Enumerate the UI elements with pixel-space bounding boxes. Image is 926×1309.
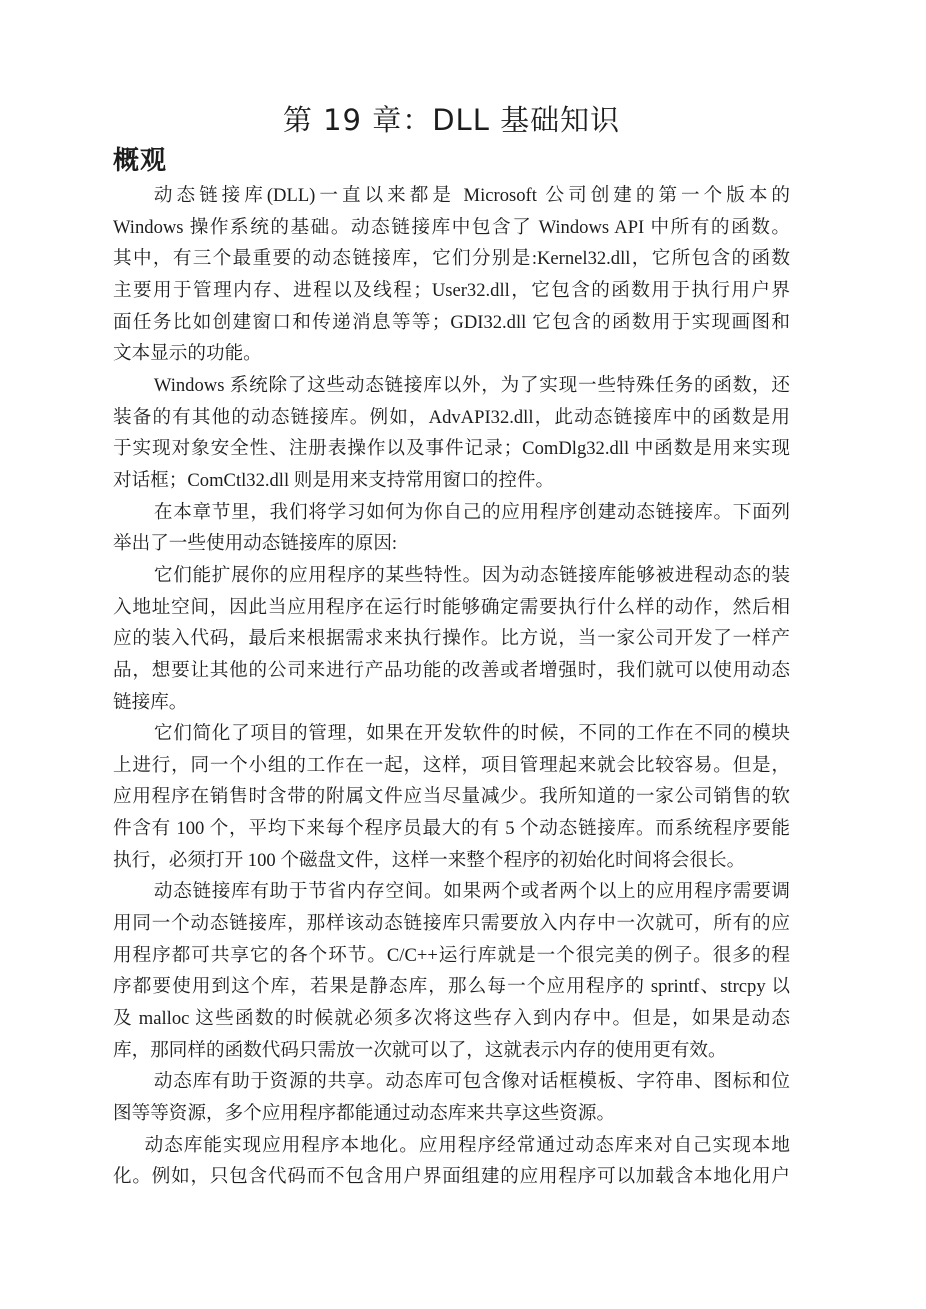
text-line: 入地址空间，因此当应用程序在运行时能够确定需要执行什么样的动作，然后相	[113, 592, 790, 624]
text-line: 文本显示的功能。	[113, 338, 790, 370]
paragraph: 在本章节里，我们将学习如何为你自己的应用程序创建动态链接库。下面列举出了一些使用…	[113, 497, 790, 560]
text-line: 用程序都可共享它的各个环节。C/C++运行库就是一个很完美的例子。很多的程	[113, 940, 790, 972]
text-line: 动态库有助于资源的共享。动态库可包含像对话框模板、字符串、图标和位	[113, 1066, 790, 1098]
text-line: 装备的有其他的动态链接库。例如，AdvAPI32.dll，此动态链接库中的函数是…	[113, 402, 790, 434]
paragraph: 它们简化了项目的管理，如果在开发软件的时候，不同的工作在不同的模块上进行，同一个…	[113, 718, 790, 876]
text-line: 其中，有三个最重要的动态链接库，它们分别是:Kernel32.dll，它所包含的…	[113, 243, 790, 275]
text-line: 上进行，同一个小组的工作在一起，这样，项目管理起来就会比较容易。但是，	[113, 750, 790, 782]
paragraph: 动态链接库(DLL)一直以来都是 Microsoft 公司创建的第一个版本的Wi…	[113, 180, 790, 370]
text-line: 链接库。	[113, 687, 790, 719]
text-line: Windows 操作系统的基础。动态链接库中包含了 Windows API 中所…	[113, 212, 790, 244]
text-line: 件含有 100 个，平均下来每个程序员最大的有 5 个动态链接库。而系统程序要能	[113, 813, 790, 845]
text-line: 用同一个动态链接库，那样该动态链接库只需要放入内存中一次就可，所有的应	[113, 908, 790, 940]
document-body: 动态链接库(DLL)一直以来都是 Microsoft 公司创建的第一个版本的Wi…	[113, 180, 790, 1193]
text-line: 动态链接库(DLL)一直以来都是 Microsoft 公司创建的第一个版本的	[113, 180, 790, 212]
paragraph: 动态库能实现应用程序本地化。应用程序经常通过动态库来对自己实现本地化。例如，只包…	[113, 1130, 790, 1193]
text-line: 库，那同样的函数代码只需放一次就可以了，这就表示内存的使用更有效。	[113, 1035, 790, 1067]
paragraph: 它们能扩展你的应用程序的某些特性。因为动态链接库能够被进程动态的装入地址空间，因…	[113, 560, 790, 718]
text-line: 动态库能实现应用程序本地化。应用程序经常通过动态库来对自己实现本地	[113, 1130, 790, 1162]
text-line: 序都要使用到这个库，若果是静态库，那么每一个应用程序的 sprintf、strc…	[113, 971, 790, 1003]
text-line: 应用程序在销售时含带的附属文件应当尽量减少。我所知道的一家公司销售的软	[113, 781, 790, 813]
text-line: 化。例如，只包含代码而不包含用户界面组建的应用程序可以加载含本地化用户	[113, 1161, 790, 1193]
text-line: 应的装入代码，最后来根据需求来执行操作。比方说，当一家公司开发了一样产	[113, 623, 790, 655]
text-line: 图等等资源，多个应用程序都能通过动态库来共享这些资源。	[113, 1098, 790, 1130]
paragraph: 动态库有助于资源的共享。动态库可包含像对话框模板、字符串、图标和位图等等资源，多…	[113, 1066, 790, 1129]
text-line: 它们简化了项目的管理，如果在开发软件的时候，不同的工作在不同的模块	[113, 718, 790, 750]
document-page: 第 19 章：DLL 基础知识 概观 动态链接库(DLL)一直以来都是 Micr…	[0, 0, 926, 1309]
text-line: 及 malloc 这些函数的时候就必须多次将这些存入到内存中。但是，如果是动态	[113, 1003, 790, 1035]
text-line: 主要用于管理内存、进程以及线程；User32.dll，它包含的函数用于执行用户界	[113, 275, 790, 307]
text-line: 于实现对象安全性、注册表操作以及事件记录；ComDlg32.dll 中函数是用来…	[113, 433, 790, 465]
paragraph: 动态链接库有助于节省内存空间。如果两个或者两个以上的应用程序需要调用同一个动态链…	[113, 876, 790, 1066]
text-line: 对话框；ComCtl32.dll 则是用来支持常用窗口的控件。	[113, 465, 790, 497]
text-line: 面任务比如创建窗口和传递消息等等；GDI32.dll 它包含的函数用于实现画图和	[113, 307, 790, 339]
text-line: 动态链接库有助于节省内存空间。如果两个或者两个以上的应用程序需要调	[113, 876, 790, 908]
text-line: 它们能扩展你的应用程序的某些特性。因为动态链接库能够被进程动态的装	[113, 560, 790, 592]
paragraph: Windows 系统除了这些动态链接库以外，为了实现一些特殊任务的函数，还装备的…	[113, 370, 790, 497]
text-line: 品，想要让其他的公司来进行产品功能的改善或者增强时，我们就可以使用动态	[113, 655, 790, 687]
text-line: 在本章节里，我们将学习如何为你自己的应用程序创建动态链接库。下面列	[113, 497, 790, 529]
chapter-title: 第 19 章：DLL 基础知识	[113, 100, 790, 140]
text-line: Windows 系统除了这些动态链接库以外，为了实现一些特殊任务的函数，还	[113, 370, 790, 402]
section-heading: 概观	[113, 144, 790, 178]
text-line: 举出了一些使用动态链接库的原因:	[113, 528, 790, 560]
text-line: 执行，必须打开 100 个磁盘文件，这样一来整个程序的初始化时间将会很长。	[113, 845, 790, 877]
